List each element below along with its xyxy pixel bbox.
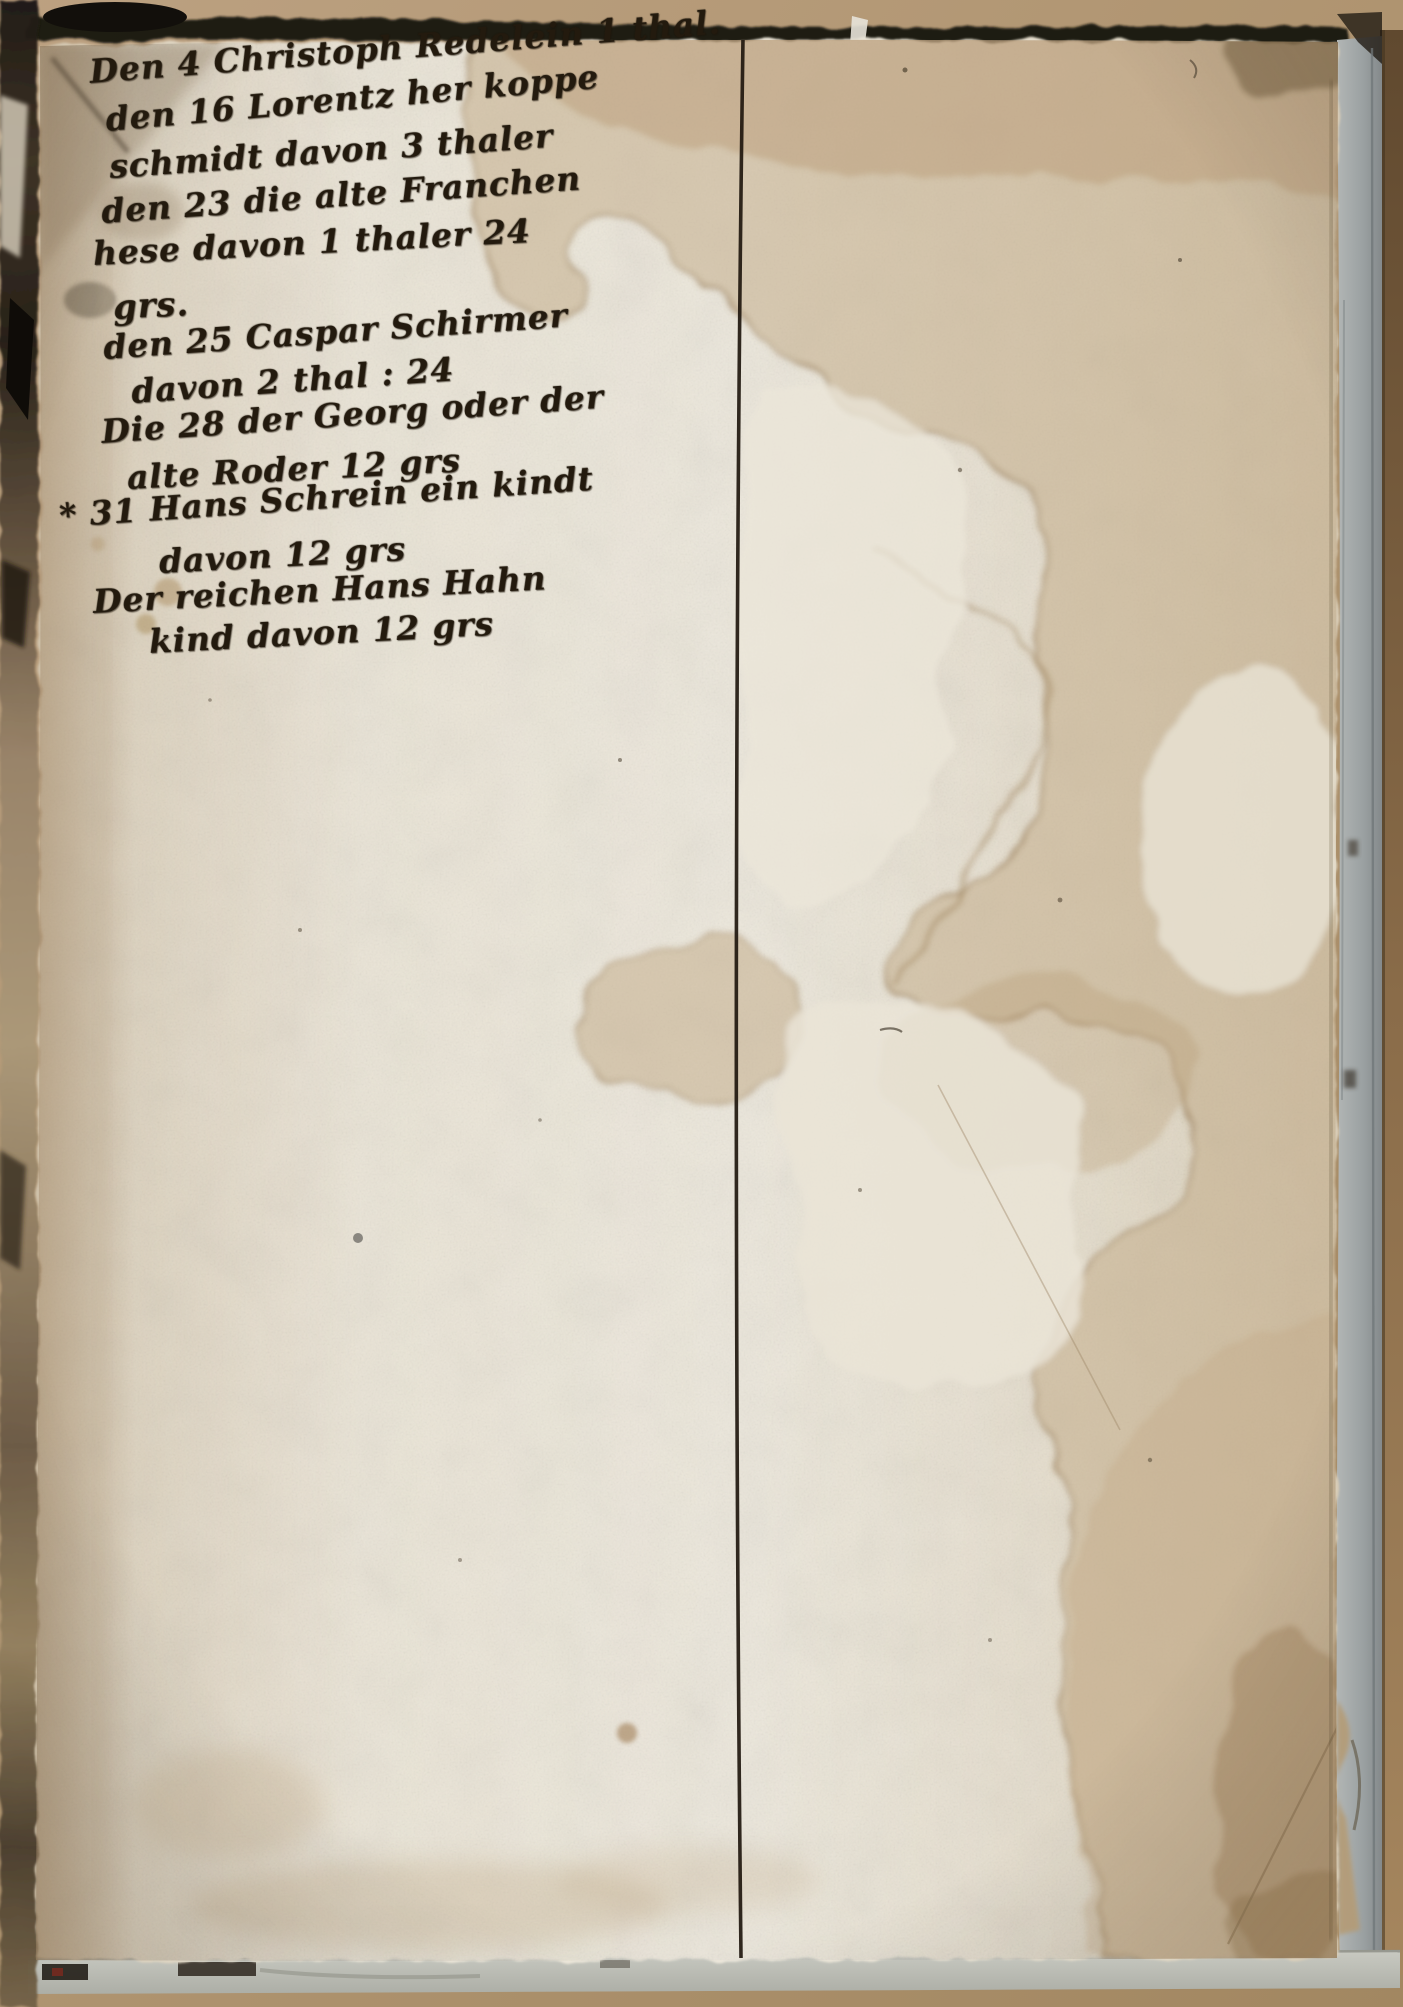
- scanned-manuscript-page: Den 4 Christoph Redelein 1 thal.den 16 L…: [0, 0, 1403, 2007]
- binding-strip-left: [0, 0, 38, 2007]
- page-artwork: [0, 0, 1403, 2007]
- endpaper-strip-right: [1337, 12, 1382, 1965]
